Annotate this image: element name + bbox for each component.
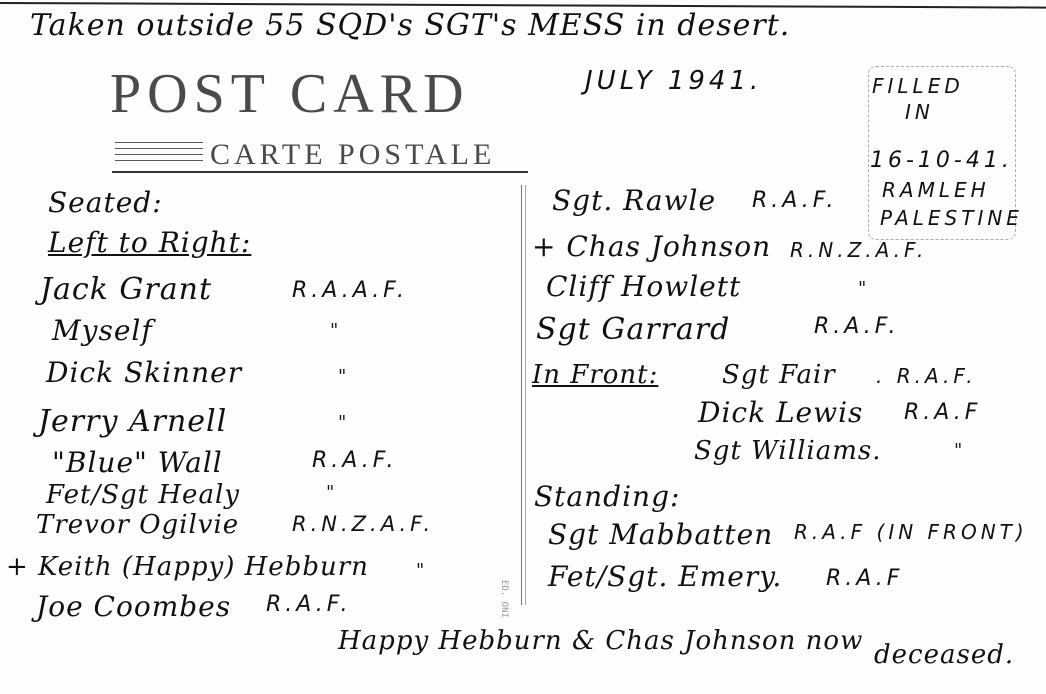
stamp-place-2: PALESTINE [880, 206, 1023, 230]
list-item-unit: " [416, 560, 425, 581]
list-item-name: Sgt Fair [722, 360, 836, 390]
list-item-name: Sgt Mabbatten [548, 518, 773, 551]
decorative-lines [115, 142, 203, 166]
footer-note-tail: deceased. [874, 640, 1014, 670]
stamp-filled: FILLED [872, 74, 964, 98]
list-item-name: Dick Lewis [698, 396, 863, 429]
list-item-unit: " [338, 366, 347, 387]
standing-heading: Standing: [534, 480, 680, 513]
list-item-unit: R.A.F. [752, 188, 838, 213]
list-item-name: Dick Skinner [46, 356, 242, 389]
list-item-name: Myself [52, 314, 153, 347]
stamp-place-1: RAMLEH [882, 178, 990, 202]
list-item-name: Fet/Sgt. Emery. [548, 560, 782, 593]
list-item-unit: R.N.Z.A.F. [292, 512, 434, 536]
center-divider [521, 185, 526, 605]
header-note: Taken outside 55 SQD's SGT's MESS in des… [30, 8, 790, 43]
header-rule [112, 171, 528, 173]
list-item-unit: " [338, 412, 347, 433]
list-item-name: Fet/Sgt Healy [46, 480, 240, 510]
postcard-back: Taken outside 55 SQD's SGT's MESS in des… [0, 0, 1046, 694]
list-item-unit: R.A.F [826, 566, 903, 591]
list-item-unit: " [326, 482, 335, 503]
printed-subtitle: CARTE POSTALE [210, 138, 495, 172]
left-to-right-heading: Left to Right: [48, 226, 251, 259]
list-item-unit: R.A.F. [814, 314, 900, 339]
printed-title: POST CARD [110, 62, 470, 126]
list-item-unit: . R.A.F. [876, 364, 977, 388]
list-item-name: Sgt Williams. [694, 436, 881, 466]
list-item-unit: " [858, 278, 867, 299]
list-item-unit: R.A.F. [266, 592, 352, 617]
stamp-date: 16-10-41. [870, 148, 1013, 173]
list-item-unit: R.A.F (IN FRONT) [794, 520, 1028, 544]
in-front-heading: In Front: [532, 360, 658, 390]
list-item-name: + Keith (Happy) Hebburn [6, 552, 369, 582]
date-note: JULY 1941. [585, 66, 762, 96]
list-item-unit: " [954, 440, 963, 461]
list-item-unit: " [330, 320, 339, 341]
list-item-name: Jack Grant [40, 272, 212, 307]
stamp-in: IN [905, 100, 934, 124]
list-item-name: Cliff Howlett [546, 270, 741, 303]
list-item-name: Jerry Arnell [38, 404, 227, 439]
list-item-name: Sgt Garrard [536, 312, 730, 347]
list-item-unit: R.A.A.F. [292, 278, 408, 303]
list-item-name: "Blue" Wall [52, 446, 223, 479]
list-item-name: Joe Coombes [36, 590, 231, 623]
list-item-name: + Chas Johnson [532, 230, 771, 263]
list-item-name: Trevor Ogilvie [36, 510, 239, 540]
list-item-unit: R.N.Z.A.F. [790, 238, 927, 262]
list-item-name: Sgt. Rawle [552, 184, 716, 217]
list-item-unit: R.A.F. [312, 448, 398, 473]
seated-heading: Seated: [48, 186, 163, 219]
footer-note: Happy Hebburn & Chas Johnson now [338, 626, 863, 656]
printer-imprint: ED. ONI [499, 580, 509, 618]
list-item-unit: R.A.F [904, 400, 981, 425]
